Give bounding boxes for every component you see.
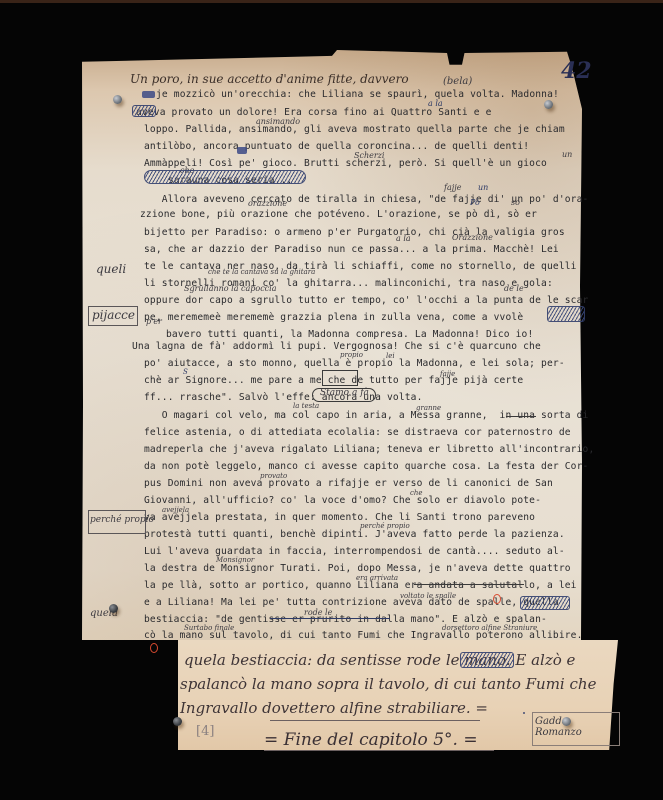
pin [544, 100, 553, 109]
typed-line: Giovanni, all'ufficio? co' la voce d'omo… [144, 495, 541, 506]
interlinear-note: perché propio [360, 522, 410, 530]
typed-line: la destra de Monsignor Turati. Poi, dopo… [144, 563, 571, 574]
typed-line: felice astenia, o di attediata ecolalia:… [144, 427, 571, 438]
margin-note-pijacce: pijacce [92, 308, 135, 322]
interlinear-note: avejjela [162, 506, 189, 514]
underline [270, 720, 480, 721]
pin [113, 95, 122, 104]
page-number: 42 [561, 58, 592, 84]
interlinear-note: provato [260, 472, 287, 480]
hatched-deletion [520, 596, 570, 610]
interlinear-note: Scherzi [354, 151, 384, 160]
strikethrough [414, 584, 524, 585]
typed-line: pus Domini non aveva provato a rifajje e… [144, 478, 553, 489]
interlinear-note: un [478, 183, 488, 192]
boxed-correction [322, 370, 358, 386]
pin [173, 717, 182, 726]
typed-line: Una lagna de fà' addormì li pupi. Vergog… [132, 341, 541, 352]
hatched-deletion [460, 652, 514, 668]
slip-line: quela bestiaccia: da sentisse rode le ma… [184, 651, 575, 669]
signature: Gadda Romanzo [535, 716, 615, 738]
top-right-note: (bela) [443, 76, 472, 87]
typed-line: sa, che ar dazzio der Paradiso nun ce pa… [144, 244, 559, 255]
underline [264, 750, 494, 751]
strikethrough [506, 416, 536, 417]
pin [562, 717, 571, 726]
interlinear-note: voltato le spalle [400, 592, 456, 600]
interlinear-note: S [183, 368, 188, 376]
interlinear-note: era arrivata [356, 574, 398, 582]
frame-edge [0, 0, 663, 3]
pin [109, 604, 118, 613]
typed-line: po' aiutacce, a sto monno, quella è prop… [144, 358, 565, 369]
red-mark [493, 594, 501, 604]
typed-line: oppure dor capo a sgrullo tutto er tempo… [144, 295, 588, 306]
red-mark [150, 643, 158, 653]
interlinear-note: granne [416, 404, 441, 412]
interlinear-note: Surtabo finale [184, 624, 234, 632]
interlinear-note: so [511, 198, 520, 207]
interlinear-note: a la [428, 99, 443, 108]
slip-line: Ingravallo dovettero alfine strabiliare.… [180, 699, 488, 717]
interlinear-note: a la [396, 234, 411, 243]
interlinear-note: fajje [440, 370, 455, 378]
chapter-end-footer: = Fine del capitolo 5°. = [264, 730, 478, 750]
boxed-correction [312, 388, 376, 402]
interlinear-note: che [410, 489, 423, 497]
interlinear-note: Monsignor [216, 556, 254, 564]
slip-bracket-note: [4] [196, 724, 214, 739]
interlinear-note: che te la cantava su la ghitara [208, 268, 315, 276]
typed-line: madreperla che j'aveva rigalato Liliana;… [144, 444, 594, 455]
header-note: Un poro, in sue accetto d'anime fitte, d… [130, 72, 409, 86]
interlinear-note: de le [504, 284, 524, 293]
typed-line: va avejjela prestata, in quer momento. C… [144, 512, 535, 523]
ink-blot [237, 147, 247, 154]
margin-note-perche-propio: perché propio [90, 515, 154, 525]
hatched-deletion [523, 712, 525, 714]
typed-line: aveva provato un dolore! Era corsa fino … [136, 107, 492, 118]
ink-blot [142, 91, 155, 98]
interlinear-note: propio [340, 351, 363, 359]
typed-line: protestà tutti quanti, benchè dipinti. J… [144, 529, 565, 540]
interlinear-note: Pò [470, 198, 480, 207]
interlinear-note: fajje [444, 183, 461, 192]
typed-line: bijetto per Paradiso: o armeno p'er Purg… [144, 227, 565, 238]
typed-line: je mozzicò un'orecchia: che Liliana se s… [156, 89, 559, 100]
slip-line: spalancò la mano sopra il tavolo, di cui… [180, 675, 596, 693]
interlinear-note: orazzione [248, 199, 287, 208]
typed-line: ff... rrasche". Salvò l'effe: ancora una… [144, 392, 423, 403]
typed-line: bavero tutti quanti, la Madonna compresa… [166, 329, 533, 340]
margin-note-queli: queli [96, 262, 126, 276]
hatched-deletion [144, 170, 306, 184]
typed-line: Ammàppeli! Così pe' gioco. Brutti scherz… [144, 158, 547, 169]
typed-line: zzione bone, più orazione che potéveno. … [140, 209, 537, 220]
strikethrough [270, 618, 390, 619]
interlinear-note: ansimando [256, 117, 300, 126]
interlinear-note: p'er [146, 317, 162, 326]
hatched-deletion [132, 105, 156, 117]
interlinear-note: Sgrullanno la capoccia [184, 284, 276, 293]
interlinear-note: rode le [304, 608, 332, 617]
interlinear-note: lei [386, 352, 395, 360]
typed-text-body: je mozzicò un'orecchia: che Liliana se s… [0, 0, 12, 374]
typed-line: Lui l'aveva guardata in faccia, interrom… [144, 546, 565, 557]
hatched-deletion [547, 306, 585, 322]
typed-line: pe, merememeè merememè grazzia plena in … [144, 312, 523, 323]
interlinear-note: la testa [293, 402, 319, 410]
interlinear-note: un [562, 150, 572, 159]
interlinear-note: Orazzione [452, 233, 493, 242]
interlinear-note: dorsettoro alfine Straniure [442, 624, 537, 632]
typed-line: Allora aveveno cercato de tiralla in chi… [144, 194, 588, 205]
typed-line: antilòbo, ancora puntuato de quella coro… [144, 141, 529, 152]
typed-line: da non potè leggelo, manco ci avesse cap… [144, 461, 588, 472]
typed-line: loppo. Pallida, ansimando, gli aveva mos… [144, 124, 565, 135]
